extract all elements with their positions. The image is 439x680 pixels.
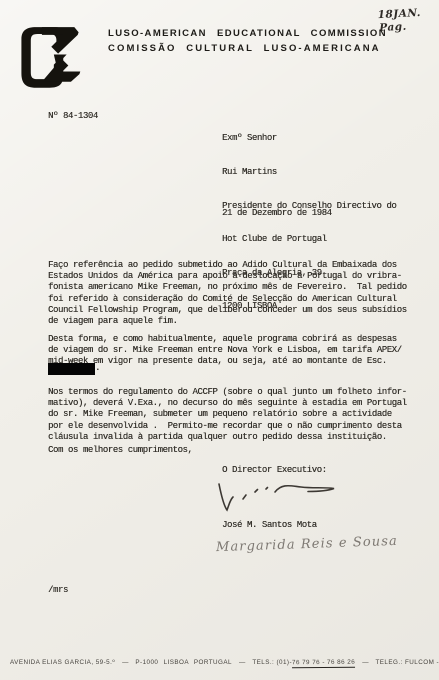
signer-role: O Director Executivo: (222, 465, 327, 476)
org-name-english: LUSO-AMERICAN EDUCATIONAL COMMISSION (108, 27, 387, 42)
handwritten-name-note: Margarida Reis e Sousa (216, 534, 398, 555)
letter-date: 21 de Dezembro de 1984 (222, 208, 332, 219)
signature-scrawl (212, 479, 352, 519)
body-paragraph-3: Nos termos do regulamento do ACCFP (sobr… (48, 387, 426, 443)
closing-salutation: Com os melhores cumprimentos, (48, 445, 192, 456)
signer-typed-name: José M. Santos Mota (222, 520, 317, 531)
footer-separator-2: — (239, 659, 245, 666)
org-name-portuguese: COMISSÃO CULTURAL LUSO-AMERICANA (108, 42, 387, 57)
scanned-letter-page: 18JAN. Pag. LUSO-AMERICAN EDUCATIONAL CO… (0, 0, 439, 680)
recipient-organization: Hot Clube de Portugal (222, 234, 396, 245)
footer-separator-3: — (362, 659, 368, 666)
body-paragraph-1: Faço referência ao pedido submetido ao A… (48, 260, 426, 327)
footer-phone-label: TELS.: (01)- (252, 659, 292, 666)
footer-separator-1: — (122, 659, 128, 666)
letterhead: LUSO-AMERICAN EDUCATIONAL COMMISSION COM… (108, 27, 387, 56)
recipient-name: Rui Martins (222, 167, 396, 178)
redacted-amount-suffix: . (95, 363, 100, 374)
handwritten-date-line: 18JAN. (377, 7, 421, 22)
letterhead-footer: AVENIDA ELIAS GARCIA, 59-5.º — P-1000 LI… (10, 659, 432, 668)
footer-telegram: TELEG.: FULCOM - LISBOA (375, 659, 439, 666)
footer-city: P-1000 LISBOA PORTUGAL (135, 659, 232, 666)
commission-logo-icon (18, 20, 82, 94)
footer-phone-numbers: 76 79 76 - 76 86 26 (292, 659, 355, 669)
footer-street-address: AVENIDA ELIAS GARCIA, 59-5.º (10, 659, 115, 666)
typist-initials: /mrs (48, 585, 68, 596)
redacted-amount-box (48, 363, 95, 375)
reference-number: Nº 84-1304 (48, 111, 98, 122)
recipient-salutation: Exmº Senhor (222, 133, 396, 144)
redacted-amount-line: . (48, 363, 100, 375)
body-paragraph-2: Desta forma, e como habitualmente, aquel… (48, 334, 426, 368)
